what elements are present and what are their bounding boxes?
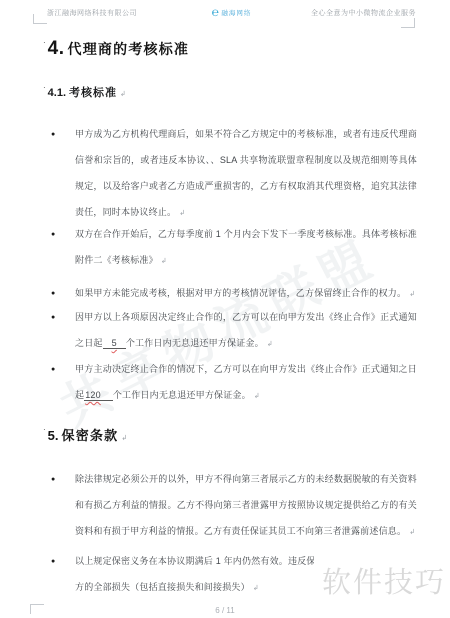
subsection-title: 考核标准 (69, 87, 117, 99)
section-5-heading: ·5.保密条款↲ (43, 425, 127, 445)
paragraph-mark-icon: ↲ (161, 258, 167, 265)
logo-text: 融海网络 (221, 8, 251, 17)
list-item: ●甲方成为乙方机构代理商后，如果不符合乙方规定中的考核标准，或者有违反代理商信誉… (75, 121, 417, 227)
paragraph-text: 双方在合作开始后，乙方每季度前 1 个月内会下发下一季度考核标准。具体考核标准附… (75, 229, 417, 265)
margin-mark-top-right-icon (401, 18, 415, 28)
bullet-icon: ● (51, 314, 55, 321)
bullet-icon: ● (51, 558, 55, 565)
paragraph-mark-icon: ↲ (120, 91, 126, 98)
paragraph-text: 如果甲方未能完成考核，根据对甲方的考核情况评估，乙方保留终止合作的权力。 (75, 288, 406, 298)
paragraph-mark-icon: ↲ (409, 291, 415, 298)
paragraph-mark-icon: ↲ (121, 435, 127, 442)
section-number: 5. (48, 428, 59, 443)
anchor-dot-icon: · (43, 425, 46, 434)
bullet-icon: ● (51, 131, 55, 138)
paragraph-text: 个工作日内无息退还甲方保证金。 (113, 390, 251, 400)
header-company-name: 浙江融海网络科技有限公司 (47, 8, 137, 18)
list-item: ●因甲方以上各项原因决定终止合作的，乙方可以在向甲方发出《终止合作》正式通知之日… (75, 304, 417, 358)
margin-mark-top-left-icon (33, 14, 47, 24)
company-logo: ℮ 融海网络 (212, 6, 252, 18)
section-4-1-heading: ·4.1.考核标准↲ (43, 83, 126, 101)
bullet-icon: ● (51, 476, 55, 483)
bullet-icon: ● (51, 290, 55, 297)
fill-in-blank-value: 120 (84, 390, 113, 401)
fill-in-blank-value: 5 (103, 338, 126, 349)
paragraph-mark-icon: ↲ (254, 393, 260, 400)
subsection-number: 4.1. (48, 87, 66, 99)
section-4-heading: ·4.代理商的考核标准 (43, 38, 189, 60)
paragraph-mark-icon: ↲ (409, 529, 415, 536)
paragraph-text: 除法律规定必须公开的以外，甲方不得向第三者展示乙方的未经数据脱敏的有关资料和有损… (75, 474, 417, 536)
document-page: 共享物流联盟 浙江融海网络科技有限公司 ℮ 融海网络 全心全意为中小微物流企业服… (0, 0, 450, 618)
paragraph-text: 个工作日内无息退还甲方保证金。 (126, 338, 264, 348)
logo-swirl-icon: ℮ (212, 6, 220, 18)
section-title: 代理商的考核标准 (68, 41, 190, 57)
list-item: ●双方在合作开始后，乙方每季度前 1 个月内会下发下一季度考核标准。具体考核标准… (75, 221, 417, 275)
section-title: 保密条款 (62, 428, 119, 443)
bullet-icon: ● (51, 366, 55, 373)
page-header: 浙江融海网络科技有限公司 ℮ 融海网络 全心全意为中小微物流企业服务 (47, 7, 416, 19)
paragraph-mark-icon: ↲ (179, 210, 185, 217)
paragraph-mark-icon: ↲ (253, 585, 259, 592)
header-slogan: 全心全意为中小微物流企业服务 (311, 8, 416, 18)
list-item: ●除法律规定必须公开的以外，甲方不得向第三者展示乙方的未经数据脱敏的有关资料和有… (75, 466, 417, 546)
section-number: 4. (48, 38, 65, 59)
corner-watermark: 软件技巧 (314, 552, 450, 615)
anchor-dot-icon: · (43, 83, 46, 92)
anchor-dot-icon: · (43, 38, 46, 47)
list-item: ●甲方主动决定终止合作的情况下，乙方可以在向甲方发出《终止合作》正式通知之日起1… (75, 356, 417, 410)
paragraph-mark-icon: ↲ (267, 341, 273, 348)
bullet-icon: ● (51, 231, 55, 238)
paragraph-text: 甲方成为乙方机构代理商后，如果不符合乙方规定中的考核标准，或者有违反代理商信誉和… (75, 129, 417, 217)
